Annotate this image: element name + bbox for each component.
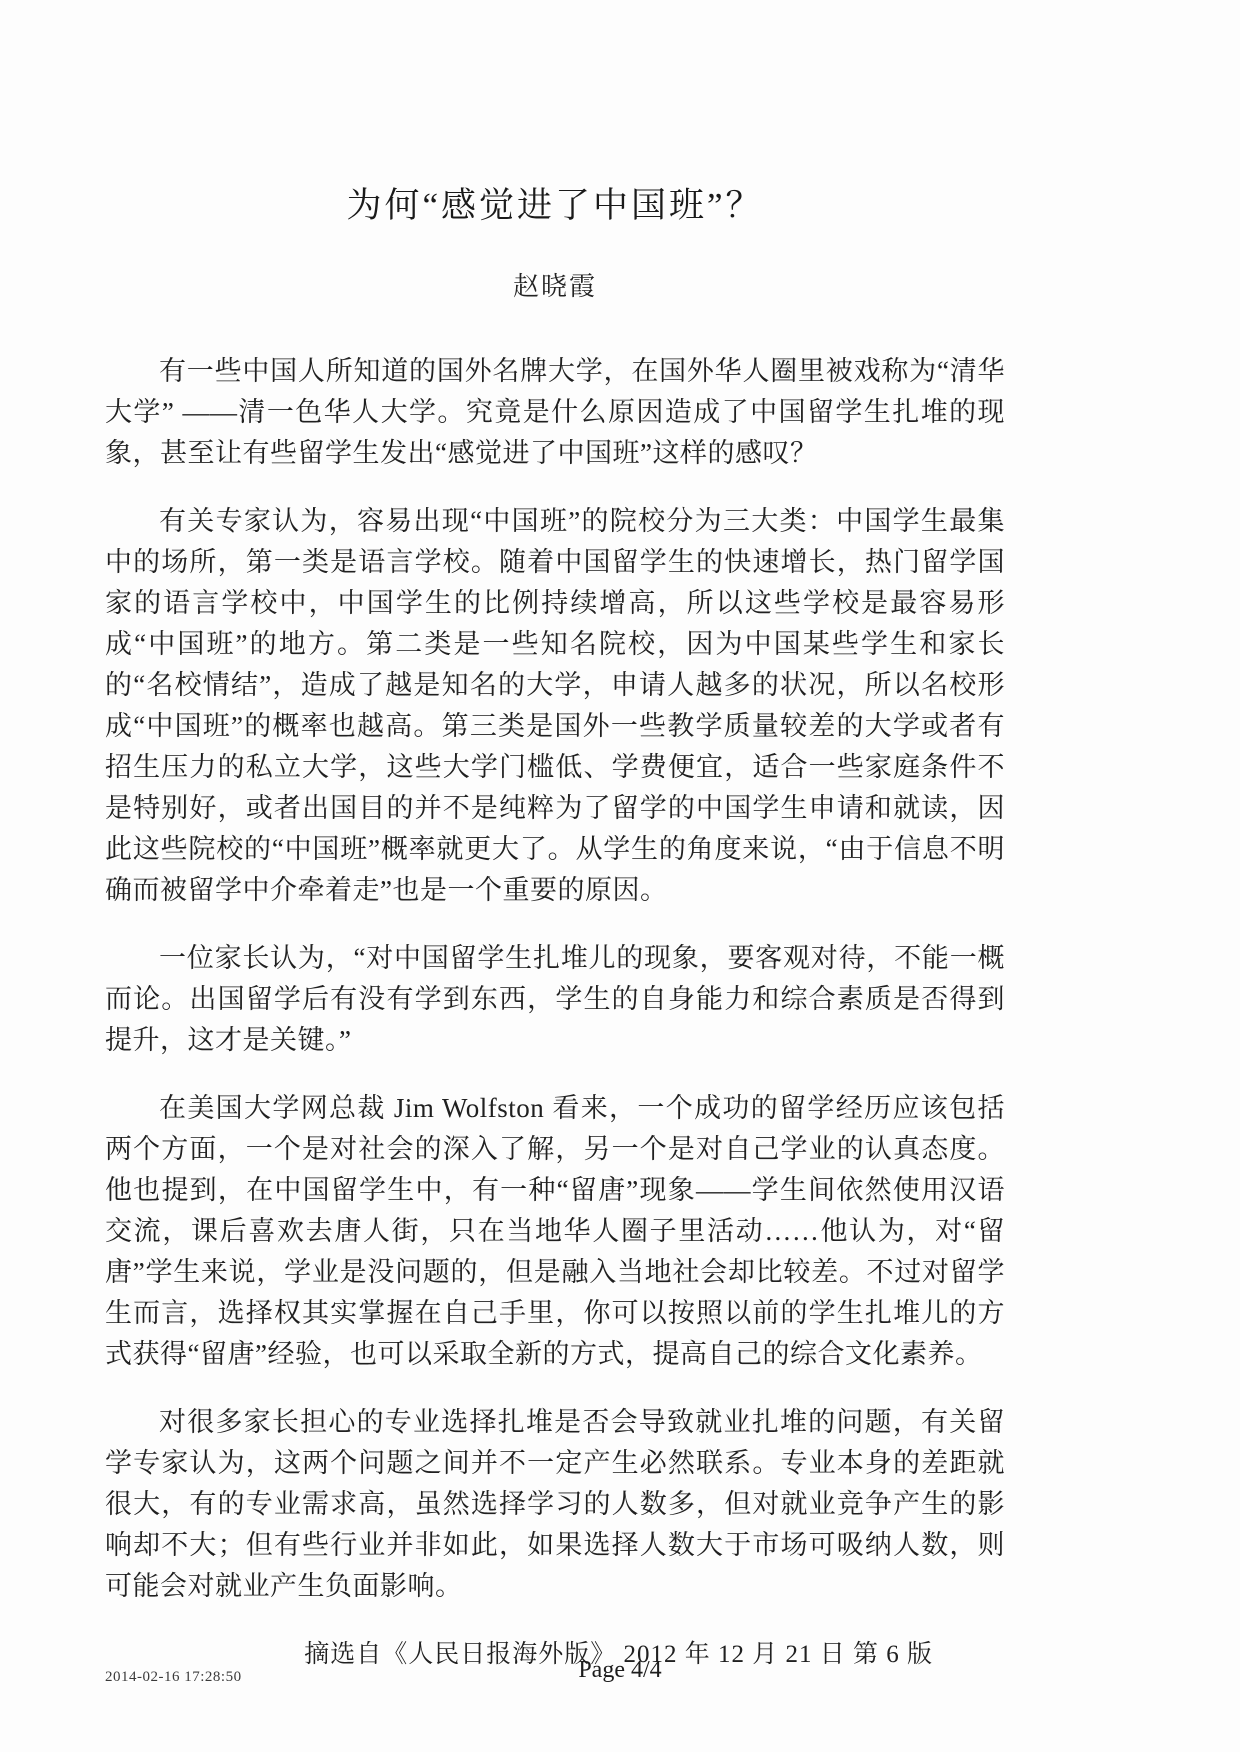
paragraph: 有一些中国人所知道的国外名牌大学，在国外华人圈里被戏称为“清华大学” ——清一色…: [105, 351, 1005, 474]
document-content: 为何“感觉进了中国班”？ 赵晓霞 有一些中国人所知道的国外名牌大学，在国外华人圈…: [105, 178, 1005, 1670]
paragraph: 有关专家认为，容易出现“中国班”的院校分为三大类：中国学生最集中的场所，第一类是…: [105, 501, 1005, 911]
article-body: 有一些中国人所知道的国外名牌大学，在国外华人圈里被戏称为“清华大学” ——清一色…: [105, 351, 1005, 1607]
article-author: 赵晓霞: [105, 266, 1005, 303]
paragraph: 对很多家长担心的专业选择扎堆是否会导致就业扎堆的问题，有关留学专家认为，这两个问…: [105, 1402, 1005, 1607]
footer-page-number: Page 4/4: [0, 1657, 1240, 1684]
paragraph: 在美国大学网总裁 Jim Wolfston 看来，一个成功的留学经历应该包括两个…: [105, 1088, 1005, 1375]
document-page: 为何“感觉进了中国班”？ 赵晓霞 有一些中国人所知道的国外名牌大学，在国外华人圈…: [0, 0, 1240, 1752]
paragraph: 一位家长认为，“对中国留学生扎堆儿的现象，要客观对待，不能一概而论。出国留学后有…: [105, 938, 1005, 1061]
article-title: 为何“感觉进了中国班”？: [105, 178, 1005, 228]
